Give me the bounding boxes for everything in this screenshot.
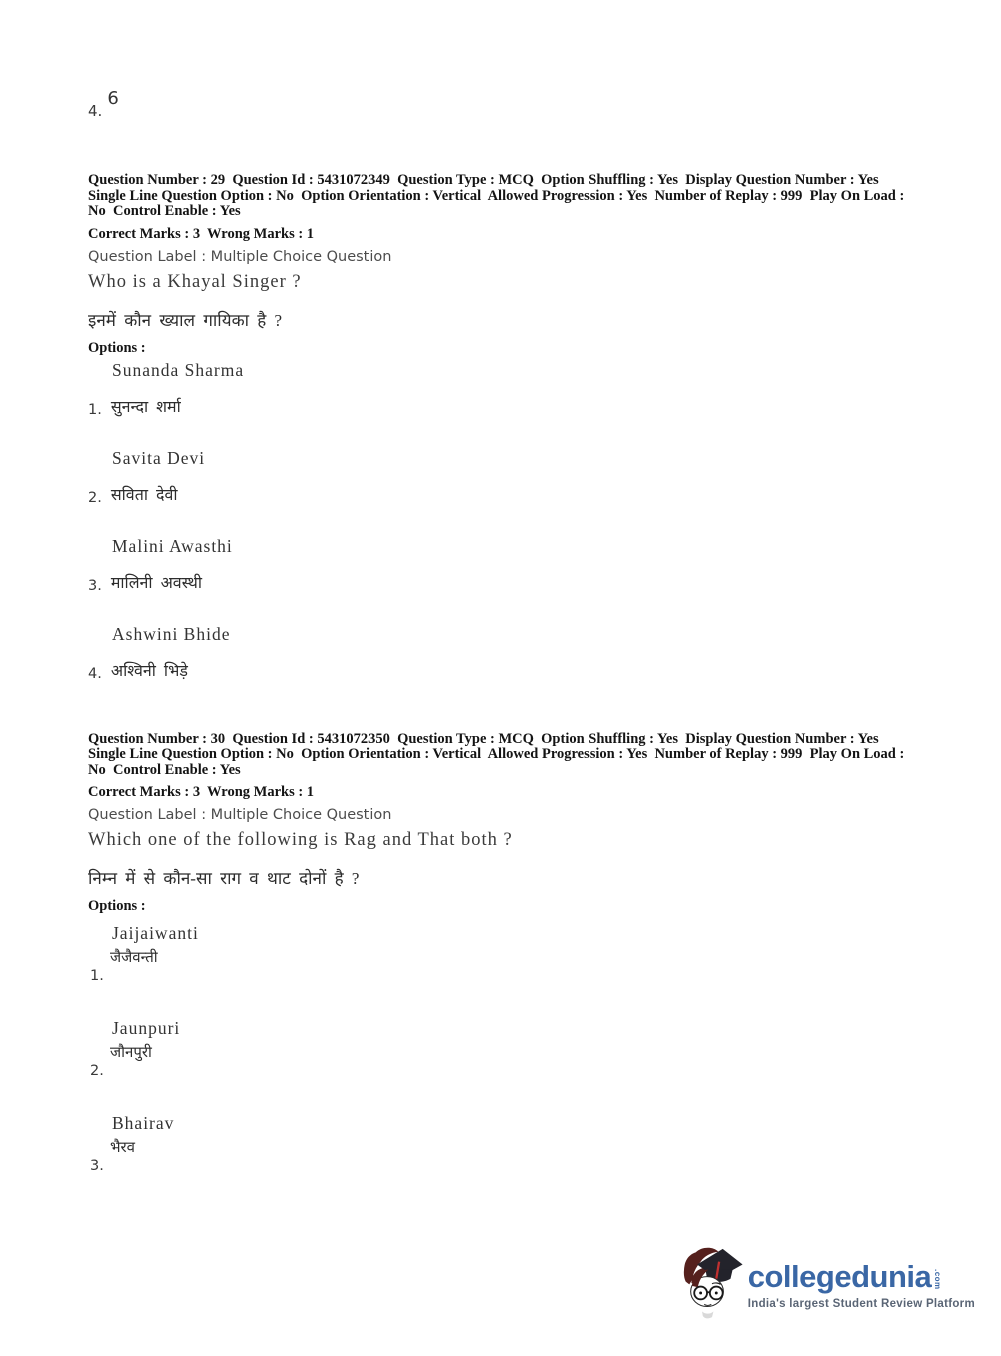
question-meta-line: Question Number : 29 Question Id : 54310…: [88, 173, 941, 189]
collegedunia-logo: collegedunia .com India's largest Studen…: [680, 1246, 975, 1320]
question-meta-line: Single Line Question Option : No Option …: [88, 189, 941, 205]
brand-text-block: collegedunia .com India's largest Studen…: [748, 1246, 975, 1310]
brand-name: collegedunia: [748, 1262, 931, 1292]
exam-paper-page: 4.6 Question Number : 29 Question Id : 5…: [0, 0, 1001, 1356]
option-value: 6: [107, 88, 118, 109]
option-name-hindi: अश्विनी भिड़े: [111, 659, 188, 681]
question-30-option-2: Jaunpuri जौनपुरी 2.: [88, 1018, 941, 1079]
option-name-english: Savita Devi: [88, 448, 941, 469]
option-name-english: Sunanda Sharma: [88, 360, 941, 381]
question-29-text-english: Who is a Khayal Singer ?: [88, 272, 941, 293]
option-name-english: Jaijaiwanti: [88, 923, 941, 944]
option-name-english: Bhairav: [88, 1113, 941, 1134]
option-name-english: Malini Awasthi: [88, 536, 941, 557]
question-meta-line: Single Line Question Option : No Option …: [88, 747, 941, 763]
question-29-option-1: Sunanda Sharma 1. सुनन्दा शर्मा: [88, 360, 941, 418]
option-name-english: Ashwini Bhide: [88, 624, 941, 645]
option-number: 3.: [88, 1158, 941, 1174]
graduate-student-mascot-icon: [680, 1246, 744, 1320]
previous-question-option-4: 4.6: [88, 0, 941, 121]
question-29: Question Number : 29 Question Id : 54310…: [88, 173, 941, 682]
option-name-english: Jaunpuri: [88, 1018, 941, 1039]
question-29-marks: Correct Marks : 3 Wrong Marks : 1: [88, 226, 941, 243]
option-number: 3.: [88, 578, 102, 594]
option-name-hindi: सविता देवी: [111, 483, 178, 505]
question-30-text-hindi: निम्न में से कौन-सा राग व थाट दोनों है ?: [88, 866, 941, 889]
question-29-text-hindi: इनमें कौन ख्याल गायिका है ?: [88, 308, 941, 331]
option-name-hindi: मालिनी अवस्थी: [111, 571, 202, 593]
question-29-options-heading: Options :: [88, 340, 941, 357]
question-30: Question Number : 30 Question Id : 54310…: [88, 732, 941, 1175]
option-name-hindi: सुनन्दा शर्मा: [111, 395, 181, 417]
question-29-option-4: Ashwini Bhide 4. अश्विनी भिड़े: [88, 624, 941, 682]
question-meta-line: No Control Enable : Yes: [88, 763, 941, 779]
brand-tagline: India's largest Student Review Platform: [748, 1298, 975, 1310]
brand-domain-suffix: .com: [933, 1269, 942, 1290]
question-30-option-3: Bhairav भैरव 3.: [88, 1113, 941, 1174]
question-30-marks: Correct Marks : 3 Wrong Marks : 1: [88, 784, 941, 801]
question-30-label: Question Label : Multiple Choice Questio…: [88, 807, 941, 823]
question-30-text-english: Which one of the following is Rag and Th…: [88, 830, 941, 851]
option-number: 1.: [88, 402, 102, 418]
question-30-meta: Question Number : 30 Question Id : 54310…: [88, 732, 941, 779]
question-meta-line: Question Number : 30 Question Id : 54310…: [88, 732, 941, 748]
question-30-option-1: Jaijaiwanti जैजैवन्ती 1.: [88, 923, 941, 984]
question-30-options-heading: Options :: [88, 898, 941, 915]
option-number: 4.: [88, 102, 102, 120]
option-number: 2.: [88, 1063, 941, 1079]
question-29-meta: Question Number : 29 Question Id : 54310…: [88, 173, 941, 220]
option-name-hindi: भैरव: [88, 1137, 941, 1157]
option-number: 1.: [88, 968, 941, 984]
option-number: 4.: [88, 666, 102, 682]
option-number: 2.: [88, 490, 102, 506]
question-29-option-2: Savita Devi 2. सविता देवी: [88, 448, 941, 506]
option-name-hindi: जैजैवन्ती: [88, 947, 941, 967]
question-29-label: Question Label : Multiple Choice Questio…: [88, 249, 941, 265]
option-name-hindi: जौनपुरी: [88, 1042, 941, 1062]
question-meta-line: No Control Enable : Yes: [88, 204, 941, 220]
question-29-option-3: Malini Awasthi 3. मालिनी अवस्थी: [88, 536, 941, 594]
